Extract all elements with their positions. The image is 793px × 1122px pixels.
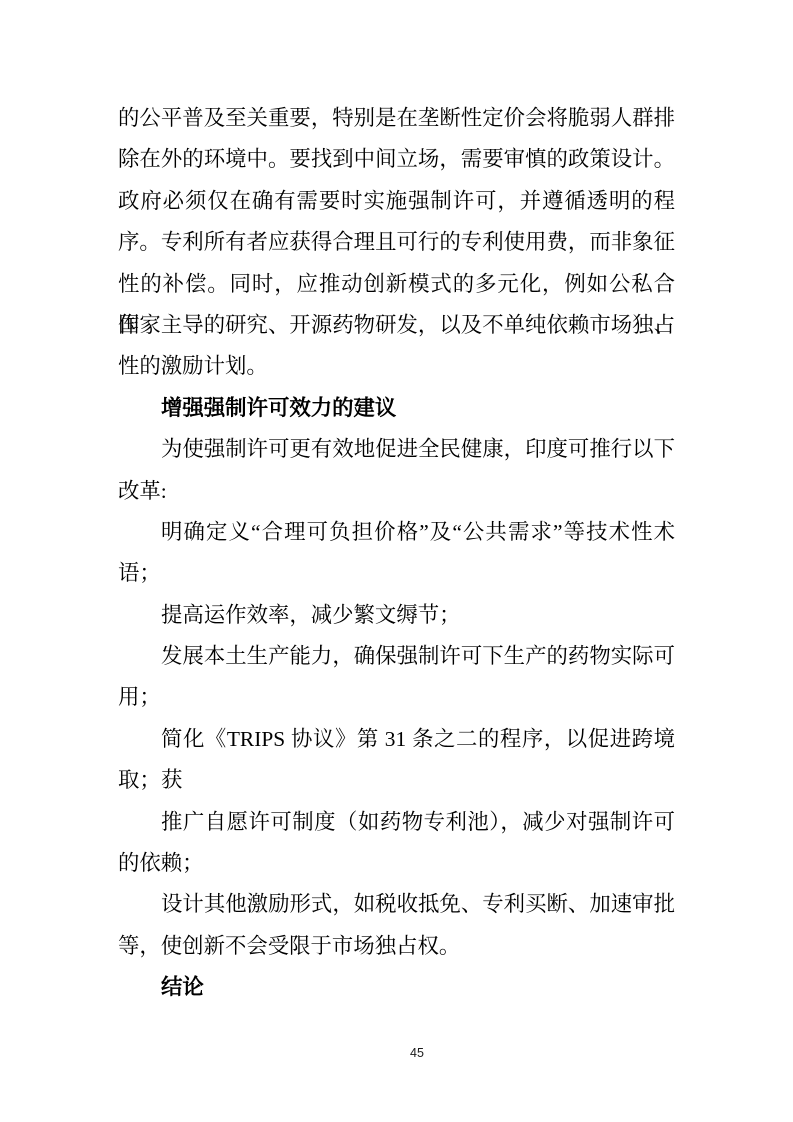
text-line: 提高运作效率，减少繁文缛节； (118, 595, 675, 636)
text-line: 发展本土生产能力，确保强制许可下生产的药物实际可 (118, 636, 675, 677)
text-line: 为使强制许可更有效地促进全民健康，印度可推行以下 (118, 429, 675, 470)
section-heading-conclusion: 结论 (118, 967, 675, 1008)
text-line: 的依赖； (118, 843, 675, 884)
text-line: 设计其他激励形式，如税收抵免、专利买断、加速审批 (118, 884, 675, 925)
section-heading-recommendations: 增强强制许可效力的建议 (118, 388, 675, 429)
text-line: 明确定义“合理可负担价格”及“公共需求”等技术性术 (118, 512, 675, 553)
text-line: 用； (118, 677, 675, 718)
text-line: 的公平普及至关重要，特别是在垄断性定价会将脆弱人群排 (118, 98, 675, 139)
text-line: 等，使创新不会受限于市场独占权。 (118, 926, 675, 967)
text-line: 推广自愿许可制度（如药物专利池），减少对强制许可 (118, 802, 675, 843)
text-line: 国家主导的研究、开源药物研发，以及不单纯依赖市场独占 (118, 305, 675, 346)
text-block: 的公平普及至关重要，特别是在垄断性定价会将脆弱人群排除在外的环境中。要找到中间立… (118, 98, 675, 1009)
text-line: 政府必须仅在确有需要时实施强制许可，并遵循透明的程 (118, 181, 675, 222)
text-line: 除在外的环境中。要找到中间立场，需要审慎的政策设计。 (118, 139, 675, 180)
text-line: 序。专利所有者应获得合理且可行的专利使用费，而非象征 (118, 222, 675, 263)
text-line: 取； (118, 760, 675, 801)
page-number: 45 (410, 1046, 424, 1060)
text-line: 语； (118, 553, 675, 594)
document-page: 的公平普及至关重要，特别是在垄断性定价会将脆弱人群排除在外的环境中。要找到中间立… (0, 0, 793, 1122)
text-line: 改革: (118, 471, 675, 512)
text-line: 性的激励计划。 (118, 346, 675, 387)
text-line: 简化《TRIPS 协议》第 31 条之二的程序，以促进跨境获 (118, 719, 675, 760)
text-line: 性的补偿。同时，应推动创新模式的多元化，例如公私合作、 (118, 264, 675, 305)
